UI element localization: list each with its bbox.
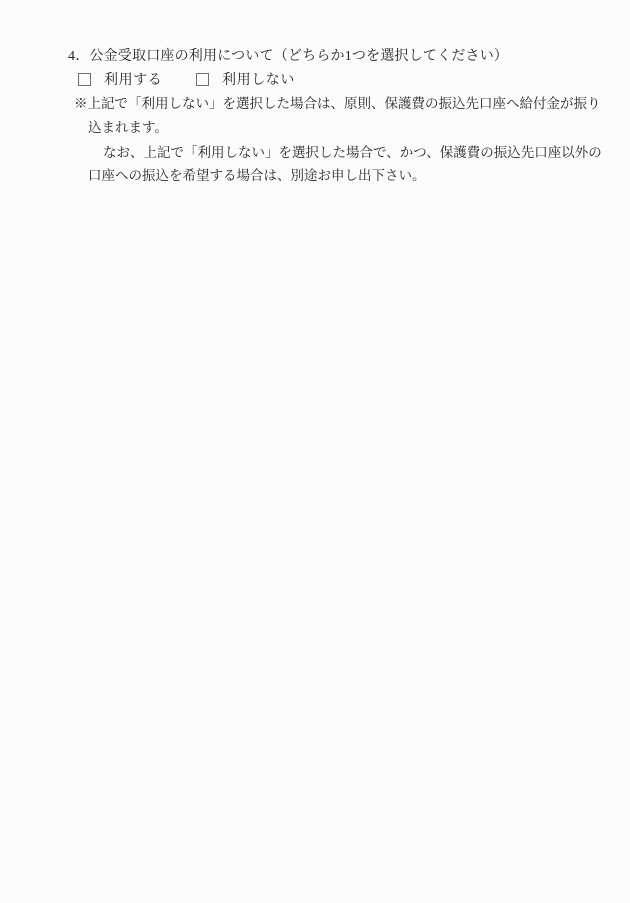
checkbox-riyou-suru[interactable]	[78, 73, 91, 86]
note-line-2: 込まれます。	[88, 120, 168, 136]
option-riyou-shinai[interactable]: 利用しない	[196, 71, 295, 87]
document-page: 4．公金受取口座の利用について（どちらか1つを選択してください） 利用する 利用…	[0, 0, 630, 903]
option-riyou-suru[interactable]: 利用する	[78, 71, 162, 87]
note-line-1: ※上記で「利用しない」を選択した場合は、原則、保護費の振込先口座へ給付金が振り	[74, 96, 601, 112]
checkbox-riyou-shinai[interactable]	[196, 73, 209, 86]
note-line-4: 口座への振込を希望する場合は、別途お申し出下さい。	[88, 168, 426, 184]
section-number: 4．	[68, 49, 89, 64]
section-title: 公金受取口座の利用について（どちらか1つを選択してください）	[89, 49, 508, 64]
option-riyou-suru-label: 利用する	[104, 69, 162, 89]
option-riyou-shinai-label: 利用しない	[222, 69, 295, 89]
option-row: 利用する 利用しない	[0, 71, 630, 88]
section-heading: 4．公金受取口座の利用について（どちらか1つを選択してください）	[68, 45, 508, 65]
note-line-3: なお、上記で「利用しない」を選択した場合で、かつ、保護費の振込先口座以外の	[103, 145, 602, 161]
